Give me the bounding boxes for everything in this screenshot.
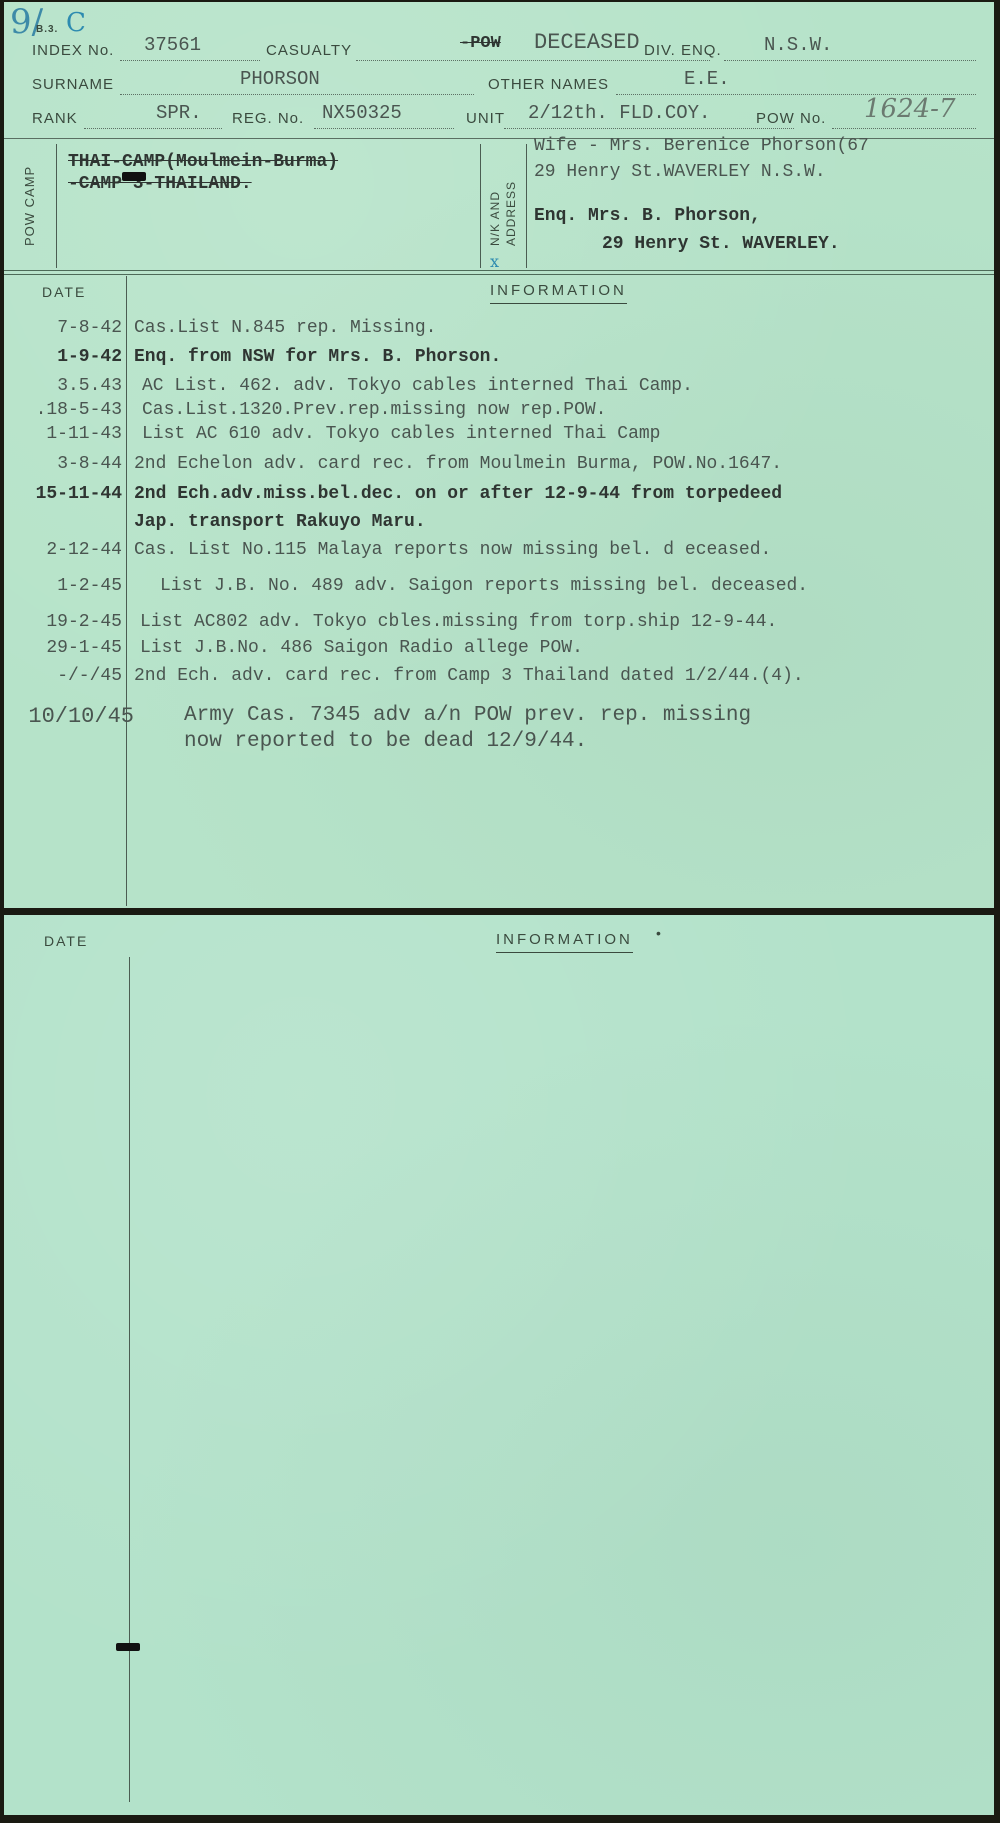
entry-text: Cas.List.1320.Prev.rep.missing now rep.P… [142,400,606,420]
entry-date: 19-2-45 [46,612,122,632]
casualty-struck-value: -POW [460,34,501,53]
entry-date: 15-11-44 [36,484,122,504]
entry-text: Army Cas. 7345 adv a/n POW prev. rep. mi… [184,704,751,727]
entry-text: Jap. transport Rakuyo Maru. [134,512,426,532]
nok-label-line-1: N/K AND [488,191,502,246]
row-index-casualty: INDEX No. 37561 CASUALTY -POW DECEASED D… [4,34,994,64]
entry-text: AC List. 462. adv. Tokyo cables interned… [142,376,693,396]
row-surname-other-names: SURNAME PHORSON OTHER NAMES E.E. [4,68,994,98]
entry-text: Cas. List No.115 Malaya reports now miss… [134,540,771,560]
other-names-value: E.E. [684,68,730,90]
entry-text: 2nd Ech. adv. card rec. from Camp 3 Thai… [134,666,804,686]
pow-no-label: POW No. [756,110,826,127]
entry-text: List AC802 adv. Tokyo cbles.missing from… [140,612,777,632]
entry-date: 1-9-42 [57,347,122,367]
entry-date: 3.5.43 [57,376,122,396]
pow-camp-left-rule [56,144,57,268]
surname-label: SURNAME [32,76,114,93]
record-card-front: 9/ C B.3. INDEX No. 37561 CASUALTY -POW … [4,2,994,908]
record-card-back: DATE INFORMATION • [4,915,994,1815]
entry-date: 3-8-44 [57,454,122,474]
divider-double-rule [4,270,994,275]
entry-date: 7-8-42 [57,318,122,338]
back-information-column-header: INFORMATION [496,931,633,953]
rank-value: SPR. [156,102,202,124]
entry-date: -/-/45 [57,666,122,686]
unit-label: UNIT [466,110,505,127]
surname-value: PHORSON [240,68,320,90]
entry-text: Cas.List N.845 rep. Missing. [134,318,436,338]
rank-label: RANK [32,110,78,127]
index-no-label: INDEX No. [32,42,114,59]
div-enq-line [724,38,976,61]
div-enq-label: DIV. ENQ. [644,42,722,59]
pow-no-value: 1624-7 [864,94,956,124]
enquirer-line-2: 29 Henry St. WAVERLEY. [602,234,840,254]
other-names-line [616,72,976,95]
entry-text: 2nd Echelon adv. card rec. from Moulmein… [134,454,782,474]
entry-date: 10/10/45 [28,704,134,729]
reg-no-label: REG. No. [232,110,304,127]
enquirer-line-1: Enq. Mrs. B. Phorson, [534,206,761,226]
nok-left-rule [480,144,481,268]
back-ink-blot [116,1643,140,1651]
row-rank-reg-unit: RANK SPR. REG. No. NX50325 UNIT 2/12th. … [4,102,994,132]
entry-date: 1-2-45 [57,576,122,596]
blue-x-mark: x [490,252,499,271]
nok-value-rule [526,144,527,268]
pow-camp-label: POW CAMP [22,166,37,246]
stray-dot: • [656,925,662,941]
back-date-column-rule [129,957,130,1802]
nok-line-2: 29 Henry St.WAVERLEY N.S.W. [534,162,826,182]
date-column-rule [126,276,127,906]
casualty-value: DECEASED [534,30,640,55]
div-enq-value: N.S.W. [764,34,832,56]
ink-blot [122,172,146,181]
nok-label-line-2: ADDRESS [504,181,518,246]
other-names-label: OTHER NAMES [488,76,609,93]
entry-date: .18-5-43 [36,400,122,420]
entry-date: 29-1-45 [46,638,122,658]
nok-line-1: Wife - Mrs. Berenice Phorson(67 [534,136,869,156]
pow-camp-line-2: -CAMP 3-THAILAND. [68,174,252,194]
information-column-header: INFORMATION [490,282,627,304]
entry-text: Enq. from NSW for Mrs. B. Phorson. [134,347,501,367]
back-date-column-header: DATE [44,933,88,949]
entry-date: 2-12-44 [46,540,122,560]
entry-text: List J.B. No. 489 adv. Saigon reports mi… [160,576,808,596]
entry-text: now reported to be dead 12/9/44. [184,730,587,753]
reg-no-value: NX50325 [322,102,402,124]
entry-text: 2nd Ech.adv.miss.bel.dec. on or after 12… [134,484,782,504]
date-column-header: DATE [42,284,86,300]
casualty-label: CASUALTY [266,42,352,59]
entry-text: List J.B.No. 486 Saigon Radio allege POW… [140,638,583,658]
pow-camp-line-1: THAI-CAMP(Moulmein-Burma) [68,152,338,172]
entry-date: 1-11-43 [46,424,122,444]
entry-text: List AC 610 adv. Tokyo cables interned T… [142,424,660,444]
index-no-value: 37561 [144,34,201,56]
unit-value: 2/12th. FLD.COY. [528,102,710,124]
